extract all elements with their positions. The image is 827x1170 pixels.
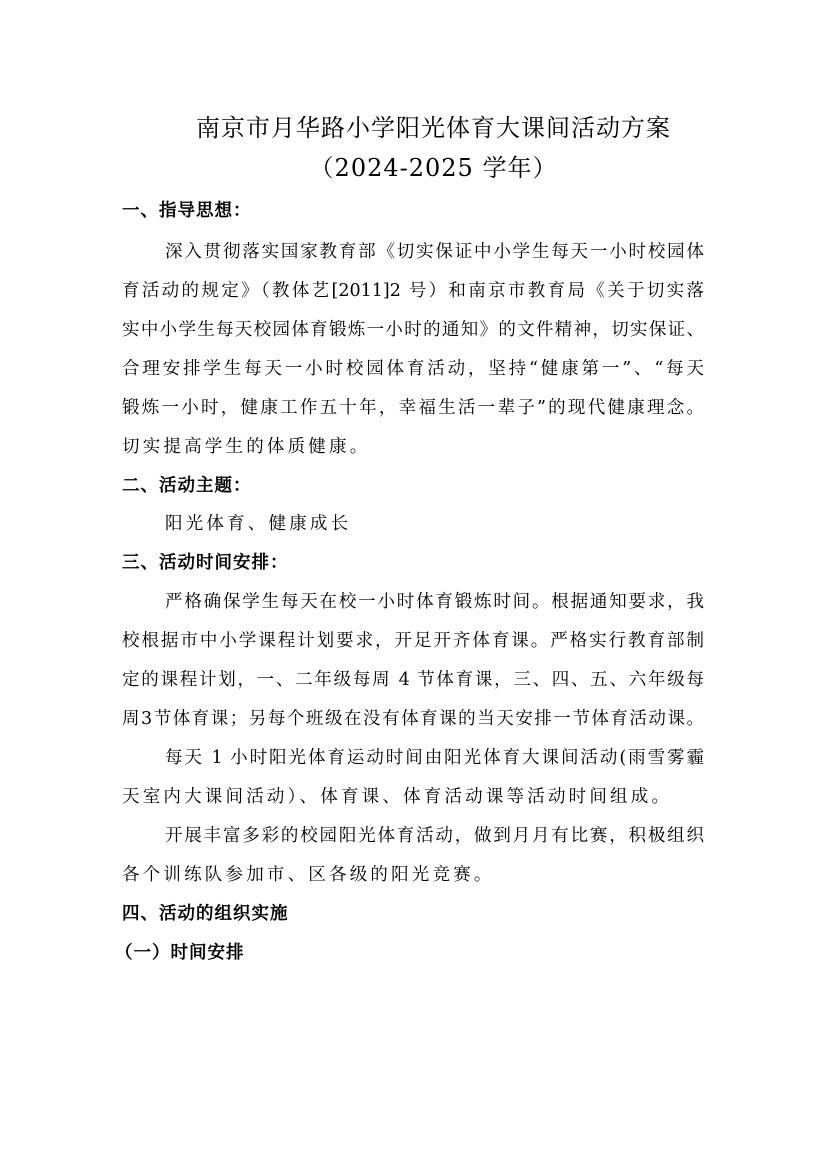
paragraph-line: 天室内大课间活动）、体育课、体育活动课等活动时间组成。: [122, 783, 704, 808]
document-title: 南京市月华路小学阳光体育大课间活动方案: [0, 108, 827, 143]
paragraph-line: 阳光体育、健康成长: [165, 510, 704, 535]
subsection-heading-schedule: （一）时间安排: [115, 939, 697, 964]
paragraph-line: 定的课程计划，一、二年级每周 4 节体育课，三、四、五、六年级每: [122, 666, 704, 691]
paragraph-line: 深入贯彻落实国家教育部《切实保证中小学生每天一小时校园体: [165, 238, 704, 263]
paragraph-line: 开展丰富多彩的校园阳光体育活动，做到月月有比赛，积极组织: [165, 822, 704, 847]
section-heading-organization: 四、活动的组织实施: [122, 900, 704, 925]
paragraph-line: 严格确保学生每天在校一小时体育锻炼时间。根据通知要求，我: [165, 588, 704, 613]
document-subtitle: （2024-2025 学年）: [0, 148, 827, 183]
paragraph-line: 切实提高学生的体质健康。: [122, 433, 704, 458]
section-heading-guiding-ideology: 一、指导思想：: [122, 197, 704, 222]
paragraph-line: 每天 1 小时阳光体育运动时间由阳光体育大课间活动(雨雪雾霾: [165, 744, 704, 769]
paragraph-line: 锻炼一小时，健康工作五十年，幸福生活一辈子”的现代健康理念。: [122, 394, 704, 419]
section-heading-time-arrangement: 三、活动时间安排：: [122, 549, 704, 574]
document-page: 南京市月华路小学阳光体育大课间活动方案 （2024-2025 学年） 一、指导思…: [0, 0, 827, 1170]
paragraph-line: 育活动的规定》（教体艺[2011]2 号）和南京市教育局《关于切实落: [122, 277, 704, 302]
paragraph-line: 周3节体育课；另每个班级在没有体育课的当天安排一节体育活动课。: [122, 705, 704, 730]
paragraph-line: 实中小学生每天校园体育锻炼一小时的通知》的文件精神，切实保证、: [122, 316, 704, 341]
paragraph-line: 合理安排学生每天一小时校园体育活动，坚持“健康第一”、“每天: [122, 355, 704, 380]
section-heading-activity-theme: 二、活动主题：: [122, 472, 704, 497]
paragraph-line: 各个训练队参加市、区各级的阳光竞赛。: [122, 861, 704, 886]
paragraph-line: 校根据市中小学课程计划要求，开足开齐体育课。严格实行教育部制: [122, 627, 704, 652]
